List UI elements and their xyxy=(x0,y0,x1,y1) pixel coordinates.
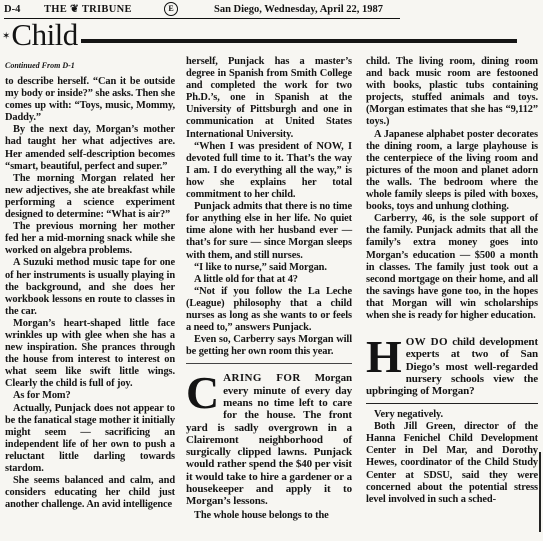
paragraph: Even so, Carberry says Morgan will be ge… xyxy=(186,334,352,358)
paragraph: The previous morning her mother fed her … xyxy=(5,221,175,257)
subhead-lead: OW DO xyxy=(406,336,448,348)
paragraph: Both Jill Green, director of the Hanna F… xyxy=(366,421,538,506)
drop-cap: C xyxy=(186,374,219,412)
paragraph: Punjack admits that there is no time for… xyxy=(186,201,352,261)
paragraph: “When I was president of NOW, I devoted … xyxy=(186,141,352,201)
newspaper-name: THE ❦ TRIBUNE xyxy=(44,3,164,15)
paragraph: The whole house belongs to the xyxy=(186,510,352,522)
article-column-3: child. The living room, dining room and … xyxy=(366,56,538,506)
column-edge-rule xyxy=(539,452,541,532)
paragraph: Morgan’s heart-shaped little face wrinkl… xyxy=(5,318,175,391)
paragraph: to describe herself. “Can it be outside … xyxy=(5,76,175,124)
subhead-caring-for-morgan: C ARING FOR Morgan every minute of every… xyxy=(186,372,352,507)
article-column-2: herself, Punjack has a master’s degree i… xyxy=(186,56,352,522)
section-divider xyxy=(366,403,538,405)
headline-title: Child xyxy=(11,20,77,50)
edition-seal-icon: E xyxy=(164,2,178,16)
dateline: San Diego, Wednesday, April 22, 1987 xyxy=(214,4,400,15)
paragraph: As for Mom? xyxy=(5,390,175,402)
article-column-1: to describe herself. “Can it be outside … xyxy=(5,76,175,511)
paragraph: A Suzuki method music tape for one of he… xyxy=(5,257,175,317)
paragraph: The morning Morgan related her new adjec… xyxy=(5,173,175,221)
paragraph: She seems balanced and calm, and conside… xyxy=(5,475,175,511)
paragraph: A Japanese alphabet poster decorates the… xyxy=(366,129,538,214)
paragraph: Actually, Punjack does not appear to be … xyxy=(5,403,175,476)
jump-mark-icon: ✶ xyxy=(2,31,10,42)
drop-cap: H xyxy=(366,338,402,376)
subhead-how-do-experts: H OW DO child development experts at two… xyxy=(366,336,538,397)
subhead-lead: ARING FOR xyxy=(223,372,301,384)
continued-from-label: Continued From D-1 xyxy=(5,61,75,70)
paragraph: A little old for that at 4? xyxy=(186,274,352,286)
section-divider xyxy=(186,363,352,364)
headline-rule xyxy=(81,39,517,43)
section-headline: ✶ Child xyxy=(2,20,517,50)
paragraph: “I like to nurse,” said Morgan. xyxy=(186,262,352,274)
paragraph: child. The living room, dining room and … xyxy=(366,56,538,129)
paragraph: By the next day, Morgan’s mother had tau… xyxy=(5,124,175,172)
paragraph: “Not if you follow the La Leche (League)… xyxy=(186,286,352,334)
paragraph: herself, Punjack has a master’s degree i… xyxy=(186,56,352,141)
page-number: D-4 xyxy=(4,4,44,15)
paragraph: Carberry, 46, is the sole support of the… xyxy=(366,213,538,322)
paragraph: Very negatively. xyxy=(366,409,538,421)
